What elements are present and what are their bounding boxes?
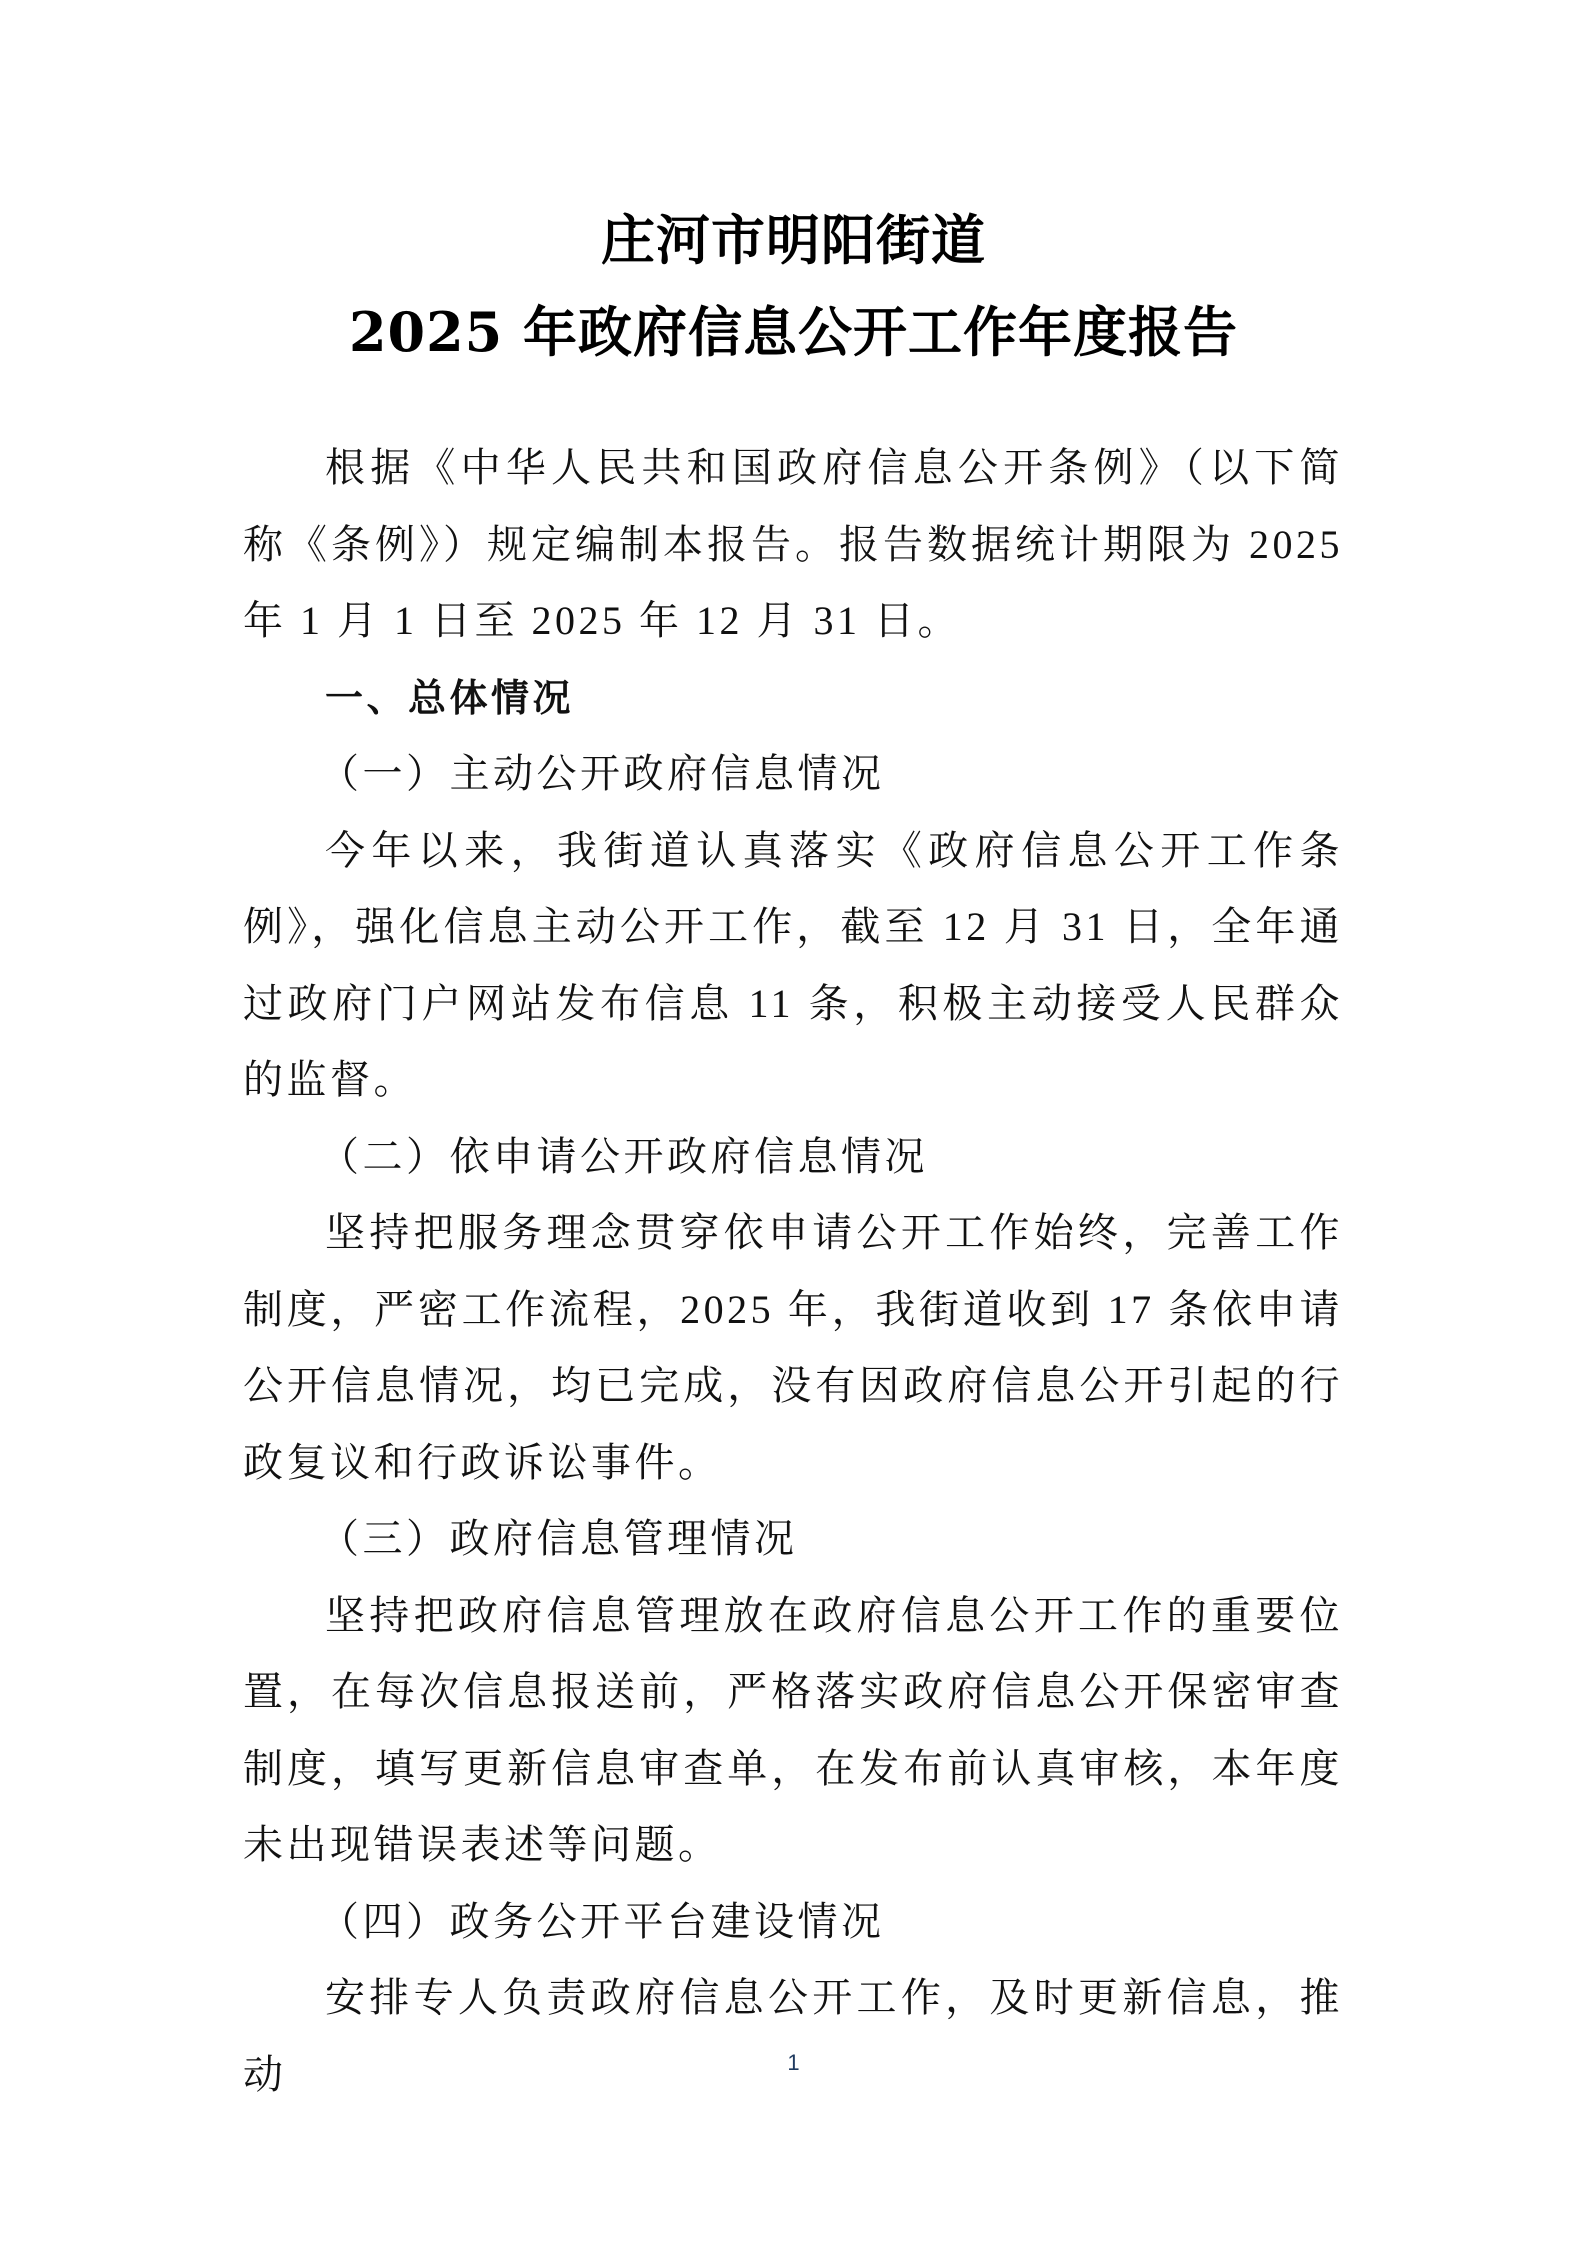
subsection-heading-proactive: （一）主动公开政府信息情况	[243, 736, 1343, 813]
page-number: 1	[0, 2050, 1587, 2076]
paragraph-platform: 安排专人负责政府信息公开工作，及时更新信息，推动	[243, 1960, 1343, 2113]
section-heading-overview: 一、总体情况	[243, 660, 1343, 737]
subsection-heading-management: （三）政府信息管理情况	[243, 1501, 1343, 1578]
subsection-heading-platform: （四）政务公开平台建设情况	[243, 1884, 1343, 1961]
paragraph-management: 坚持把政府信息管理放在政府信息公开工作的重要位置，在每次信息报送前，严格落实政府…	[243, 1578, 1343, 1884]
paragraph-proactive: 今年以来，我街道认真落实《政府信息公开工作条例》，强化信息主动公开工作，截至 1…	[243, 813, 1343, 1119]
subsection-heading-on-request: （二）依申请公开政府信息情况	[243, 1119, 1343, 1196]
intro-paragraph: 根据《中华人民共和国政府信息公开条例》（以下简称《条例》）规定编制本报告。报告数…	[243, 430, 1343, 660]
document-title-line2: 2025 年政府信息公开工作年度报告	[0, 300, 1587, 364]
document-body: 根据《中华人民共和国政府信息公开条例》（以下简称《条例》）规定编制本报告。报告数…	[243, 430, 1343, 2113]
paragraph-on-request: 坚持把服务理念贯穿依申请公开工作始终，完善工作制度，严密工作流程，2025 年，…	[243, 1195, 1343, 1501]
document-page: 庄河市明阳街道 2025 年政府信息公开工作年度报告 根据《中华人民共和国政府信…	[0, 0, 1587, 2245]
document-title-line1: 庄河市明阳街道	[0, 208, 1587, 272]
